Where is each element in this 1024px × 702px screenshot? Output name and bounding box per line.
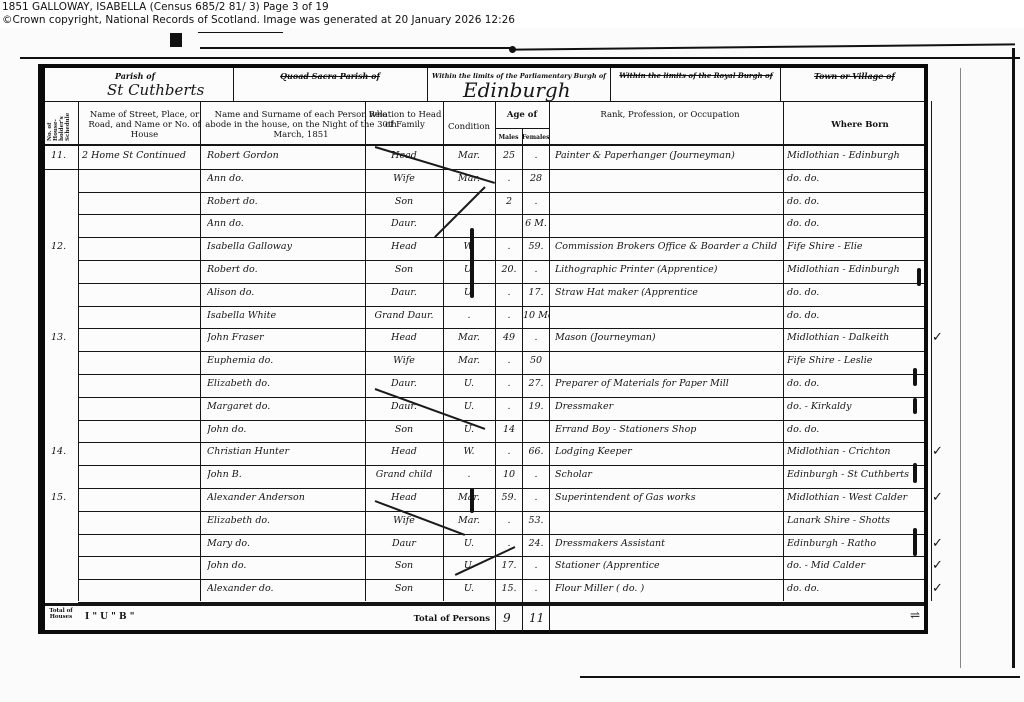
cell-male-age: . <box>496 237 522 257</box>
cell-born: do. do. <box>787 169 929 189</box>
cell-born: do. do. <box>787 374 929 394</box>
image-caption: 1851 GALLOWAY, ISABELLA (Census 685/2 81… <box>2 1 515 27</box>
parish-label: Parish of <box>85 71 185 81</box>
cell-male-age: . <box>496 283 522 303</box>
cell-relation: Wife <box>367 351 441 371</box>
cell-born: Midlothian - Edinburgh <box>787 146 929 166</box>
tally-mark <box>470 228 474 298</box>
col-header-schedule: No. of House-holder's Schedule <box>47 105 77 141</box>
cell-male-age: 2 <box>496 192 522 212</box>
cell-born: Fife Shire - Elie <box>787 237 929 257</box>
parish-value: St Cuthberts <box>107 81 204 99</box>
cell-name: John do. <box>207 556 363 576</box>
cell-relation: Wife <box>367 169 441 189</box>
scan-edge <box>960 68 961 668</box>
cell-male-age: 14 <box>496 420 522 440</box>
rule <box>427 68 428 101</box>
cell-occupation: Dressmakers Assistant <box>555 534 781 554</box>
cell-female-age: . <box>523 260 549 280</box>
cell-female-age: . <box>523 488 549 508</box>
cell-condition: Mar. <box>445 146 493 166</box>
rule <box>233 68 234 101</box>
col-header-condition: Condition <box>443 122 495 132</box>
rule <box>45 603 924 606</box>
cell-name: Alexander Anderson <box>207 488 363 508</box>
check-mark-icon: ✓ <box>932 330 943 345</box>
rule <box>931 101 932 601</box>
cell-name: Isabella Galloway <box>207 237 363 257</box>
scan-rule <box>200 47 515 49</box>
cell-born: do. do. <box>787 306 929 326</box>
check-mark-icon: ✓ <box>932 444 943 459</box>
cell-male-age: . <box>496 351 522 371</box>
cell-relation: Head <box>367 328 441 348</box>
tally-mark <box>917 268 921 286</box>
cell-born: do. do. <box>787 214 929 234</box>
cell-female-age: 17. <box>523 283 549 303</box>
cell-relation: Daur. <box>367 214 441 234</box>
col-header-age-of: Age of <box>495 110 549 120</box>
cell-condition: U. <box>445 374 493 394</box>
rule <box>610 68 611 101</box>
cell-schedule: 11. <box>51 146 77 166</box>
cell-occupation: Commission Brokers Office & Boarder a Ch… <box>555 237 781 257</box>
tally-mark <box>913 463 917 483</box>
cell-born: Edinburgh - Ratho <box>787 534 929 554</box>
royal-burgh-label: Within the limits of the Royal Burgh of <box>612 71 780 81</box>
check-mark-icon: ✓ <box>932 558 943 573</box>
cell-occupation: Lodging Keeper <box>555 442 781 462</box>
cell-male-age: . <box>496 511 522 531</box>
total-females: 11 <box>529 611 544 625</box>
cell-occupation: Painter & Paperhanger (Journeyman) <box>555 146 781 166</box>
cell-name: Ann do. <box>207 169 363 189</box>
cell-schedule: 13. <box>51 328 77 348</box>
cell-schedule: 15. <box>51 488 77 508</box>
cell-name: Euphemia do. <box>207 351 363 371</box>
tally-mark <box>470 488 474 513</box>
cell-name: Isabella White <box>207 306 363 326</box>
cell-condition: U. <box>445 283 493 303</box>
cell-male-age: 10 <box>496 465 522 485</box>
cell-name: Alexander do. <box>207 579 363 599</box>
cell-female-age: . <box>523 579 549 599</box>
col-header-relation: Relation to Head of Family <box>367 110 443 130</box>
cell-male-age: 25 <box>496 146 522 166</box>
cell-occupation: Dressmaker <box>555 397 781 417</box>
cell-female-age: . <box>523 465 549 485</box>
cell-born: do. do. <box>787 192 929 212</box>
cell-relation: Daur <box>367 534 441 554</box>
cell-occupation: Errand Boy - Stationers Shop <box>555 420 781 440</box>
scan-rule <box>20 57 1020 59</box>
cell-female-age: 53. <box>523 511 549 531</box>
col-header-males: Males <box>495 134 522 141</box>
cell-name: Mary do. <box>207 534 363 554</box>
cell-occupation: Stationer (Apprentice <box>555 556 781 576</box>
cell-street: 2 Home St Continued <box>82 146 198 166</box>
cell-relation: Head <box>367 488 441 508</box>
cell-name: Robert Gordon <box>207 146 363 166</box>
cell-female-age: . <box>523 192 549 212</box>
col-header-street: Name of Street, Place, or Road, and Name… <box>87 110 202 140</box>
cell-male-age: 59. <box>496 488 522 508</box>
cell-born: Midlothian - West Calder <box>787 488 929 508</box>
cell-condition: Mar. <box>445 511 493 531</box>
cell-relation: Son <box>367 260 441 280</box>
cell-female-age: 24. <box>523 534 549 554</box>
cell-occupation: Superintendent of Gas works <box>555 488 781 508</box>
tally-mark <box>913 528 917 556</box>
cell-born: do. - Mid Calder <box>787 556 929 576</box>
cell-female-age: 59. <box>523 237 549 257</box>
cell-male-age: . <box>496 374 522 394</box>
tally-mark <box>913 398 917 414</box>
cell-relation: Son <box>367 579 441 599</box>
cell-female-age: . <box>523 328 549 348</box>
cell-condition: U. <box>445 260 493 280</box>
cell-born: do. do. <box>787 420 929 440</box>
cell-condition: . <box>445 465 493 485</box>
cell-relation: Daur. <box>367 283 441 303</box>
cell-relation: Head <box>367 442 441 462</box>
cell-female-age: 50 <box>523 351 549 371</box>
cell-born: do. do. <box>787 579 929 599</box>
cell-male-age: 49 <box>496 328 522 348</box>
total-houses-label: Total of Houses <box>45 608 77 630</box>
col-header-females: Females <box>522 134 549 141</box>
scan-rule <box>580 676 1020 678</box>
cell-female-age: 10 Mo <box>523 306 549 326</box>
town-village-label: Town or Village of <box>782 71 927 81</box>
cell-relation: Son <box>367 420 441 440</box>
cell-relation: Son <box>367 556 441 576</box>
cell-male-age: 20. <box>496 260 522 280</box>
cell-name: John do. <box>207 420 363 440</box>
cell-occupation: Lithographic Printer (Apprentice) <box>555 260 781 280</box>
scan-edge <box>1012 48 1015 668</box>
total-males: 9 <box>503 611 511 625</box>
cell-relation: Grand Daur. <box>367 306 441 326</box>
cell-occupation: Mason (Journeyman) <box>555 328 781 348</box>
cell-condition: Mar. <box>445 488 493 508</box>
record-title: 1851 GALLOWAY, ISABELLA (Census 685/2 81… <box>2 1 515 14</box>
cell-male-age: . <box>496 397 522 417</box>
cell-name: Elizabeth do. <box>207 374 363 394</box>
cell-female-age: 27. <box>523 374 549 394</box>
quoad-sacra-label: Quoad Sacra Parish of <box>235 71 425 81</box>
cell-occupation: Straw Hat maker (Apprentice <box>555 283 781 303</box>
cell-condition: . <box>445 306 493 326</box>
cell-condition: U. <box>445 534 493 554</box>
cell-occupation: Preparer of Materials for Paper Mill <box>555 374 781 394</box>
check-mark-icon: ✓ <box>932 536 943 551</box>
total-persons-label: Total of Persons <box>365 614 490 624</box>
scan-rule <box>515 43 1015 50</box>
cell-female-age: 19. <box>523 397 549 417</box>
cell-occupation: Scholar <box>555 465 781 485</box>
cell-female-age: . <box>523 556 549 576</box>
cell-born: Midlothian - Dalkeith <box>787 328 929 348</box>
tally-mark <box>913 368 917 386</box>
cell-name: Robert do. <box>207 192 363 212</box>
rule <box>549 101 550 632</box>
cell-name: Christian Hunter <box>207 442 363 462</box>
margin-mark: ⇌ <box>910 608 920 622</box>
cell-name: John B. <box>207 465 363 485</box>
cell-condition: Mar. <box>445 351 493 371</box>
cell-female-age: . <box>523 146 549 166</box>
cell-male-age: . <box>496 442 522 462</box>
cell-male-age: 15. <box>496 579 522 599</box>
cell-condition: U. <box>445 579 493 599</box>
cell-occupation: Flour Miller ( do. ) <box>555 579 781 599</box>
total-houses-value: I " U " B " <box>85 612 134 622</box>
cell-born: Edinburgh - St Cuthberts <box>787 465 929 485</box>
cell-name: Alison do. <box>207 283 363 303</box>
scan-rule <box>198 32 283 33</box>
cell-relation: Son <box>367 192 441 212</box>
cell-male-age: 17. <box>496 556 522 576</box>
copyright-line: ©Crown copyright, National Records of Sc… <box>2 14 515 27</box>
cell-born: Midlothian - Edinburgh <box>787 260 929 280</box>
cell-condition: W. <box>445 237 493 257</box>
cell-born: Lanark Shire - Shotts <box>787 511 929 531</box>
cell-name: Robert do. <box>207 260 363 280</box>
cell-male-age: . <box>496 169 522 189</box>
cell-name: Margaret do. <box>207 397 363 417</box>
check-mark-icon: ✓ <box>932 581 943 596</box>
cell-born: Midlothian - Crichton <box>787 442 929 462</box>
cell-born: Fife Shire - Leslie <box>787 351 929 371</box>
cell-female-age: 6 M. <box>523 214 549 234</box>
cell-male-age: . <box>496 306 522 326</box>
cell-name: John Fraser <box>207 328 363 348</box>
cell-born: do. - Kirkaldy <box>787 397 929 417</box>
pen-stroke <box>434 186 485 237</box>
cell-female-age: 66. <box>523 442 549 462</box>
check-mark-icon: ✓ <box>932 490 943 505</box>
col-header-occupation: Rank, Profession, or Occupation <box>585 110 755 120</box>
cell-condition: U. <box>445 397 493 417</box>
parliamentary-burgh-value: Edinburgh <box>463 78 571 102</box>
cell-condition: W. <box>445 442 493 462</box>
cell-schedule: 12. <box>51 237 77 257</box>
cell-born: do. do. <box>787 283 929 303</box>
cell-relation: Head <box>367 237 441 257</box>
rule <box>780 68 781 101</box>
cell-condition: Mar. <box>445 328 493 348</box>
cell-name: Ann do. <box>207 214 363 234</box>
cell-relation: Grand child <box>367 465 441 485</box>
cell-female-age: 28 <box>523 169 549 189</box>
census-sheet: Parish of St Cuthberts Quoad Sacra Paris… <box>38 64 928 634</box>
col-header-where-born: Where Born <box>790 120 930 130</box>
cell-name: Elizabeth do. <box>207 511 363 531</box>
scan-blot <box>170 33 182 47</box>
cell-schedule: 14. <box>51 442 77 462</box>
